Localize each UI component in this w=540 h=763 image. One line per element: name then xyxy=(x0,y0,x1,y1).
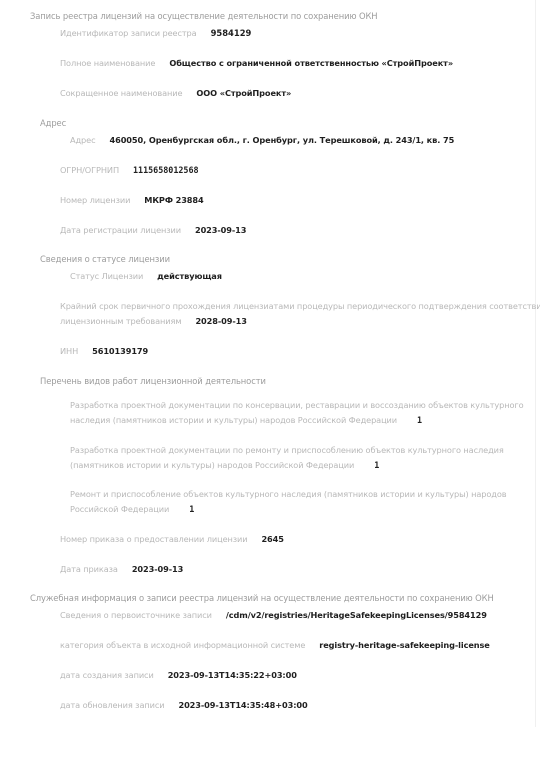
field-label: Дата регистрации лицензии xyxy=(60,223,181,238)
section-title-status: Сведения о статусе лицензии xyxy=(40,252,170,267)
field-value: registry-heritage-safekeeping-license xyxy=(319,638,489,653)
field-label: Полное наименование xyxy=(60,56,155,71)
section-title-works: Перечень видов работ лицензионной деятел… xyxy=(40,374,266,389)
field-label: Адрес xyxy=(70,133,96,148)
field-label: ОГРН/ОГРНИП xyxy=(60,163,119,178)
work-item-label: наследия (памятников истории и культуры)… xyxy=(70,413,397,428)
field-value: МКРФ 23884 xyxy=(144,193,203,208)
field-value: 5610139179 xyxy=(92,344,148,359)
field-value: 2023-09-13 xyxy=(132,562,183,577)
field-order-number: Номер приказа о предоставлении лицензии … xyxy=(60,532,284,547)
field-value: 2028-09-13 xyxy=(195,314,246,329)
field-deadline: лицензионным требованиям 2028-09-13 xyxy=(60,314,247,329)
field-updated: дата обновления записи 2023-09-13T14:35:… xyxy=(60,698,308,713)
work-item-label: Российской Федерации xyxy=(70,502,169,517)
field-license-status: Статус Лицензии действующая xyxy=(70,269,222,284)
field-value: ООО «СтройПроект» xyxy=(196,86,291,101)
field-created: дата создания записи 2023-09-13T14:35:22… xyxy=(60,668,297,683)
work-item-line: Ремонт и приспособление объектов культур… xyxy=(70,487,506,502)
field-value: 1115658012568 xyxy=(133,163,199,178)
field-label: Номер приказа о предоставлении лицензии xyxy=(60,532,247,547)
field-value: 2023-09-13 xyxy=(195,223,246,238)
field-label: категория объекта в исходной информацион… xyxy=(60,638,305,653)
work-item-value: 1 xyxy=(189,502,194,517)
field-license-reg-date: Дата регистрации лицензии 2023-09-13 xyxy=(60,223,246,238)
field-label: ИНН xyxy=(60,344,78,359)
field-label: Идентификатор записи реестра xyxy=(60,26,197,41)
field-label: Сокращенное наименование xyxy=(60,86,182,101)
work-item-value: 1 xyxy=(417,413,422,428)
work-item-line: Разработка проектной документации по рем… xyxy=(70,443,504,458)
field-label: лицензионным требованиям xyxy=(60,314,181,329)
field-value: 2023-09-13T14:35:22+03:00 xyxy=(168,668,297,683)
work-item-label: (памятников истории и культуры) народов … xyxy=(70,458,354,473)
field-license-number: Номер лицензии МКРФ 23884 xyxy=(60,193,204,208)
field-category: категория объекта в исходной информацион… xyxy=(60,638,490,653)
field-label: Сведения о первоисточнике записи xyxy=(60,608,212,623)
field-label: дата создания записи xyxy=(60,668,154,683)
work-item-line: Разработка проектной документации по кон… xyxy=(70,398,524,413)
field-order-date: Дата приказа 2023-09-13 xyxy=(60,562,183,577)
field-label: Номер лицензии xyxy=(60,193,130,208)
field-ogrn: ОГРН/ОГРНИП 1115658012568 xyxy=(60,163,199,178)
field-address: Адрес 460050, Оренбургская обл., г. Орен… xyxy=(70,133,454,148)
field-value: 460050, Оренбургская обл., г. Оренбург, … xyxy=(110,133,455,148)
field-inn: ИНН 5610139179 xyxy=(60,344,148,359)
field-registry-id: Идентификатор записи реестра 9584129 xyxy=(60,26,251,41)
work-item: наследия (памятников истории и культуры)… xyxy=(70,413,422,428)
work-item: Российской Федерации 1 xyxy=(70,502,194,517)
field-value: 2645 xyxy=(261,532,283,547)
section-title-record: Запись реестра лицензий на осуществление… xyxy=(30,9,378,24)
field-short-name: Сокращенное наименование ООО «СтройПроек… xyxy=(60,86,291,101)
field-full-name: Полное наименование Общество с ограничен… xyxy=(60,56,453,71)
section-title-address: Адрес xyxy=(40,116,66,131)
field-label: Дата приказа xyxy=(60,562,118,577)
field-source: Сведения о первоисточнике записи /cdm/v2… xyxy=(60,608,487,623)
section-title-service: Служебная информация о записи реестра ли… xyxy=(30,591,494,606)
work-item: (памятников истории и культуры) народов … xyxy=(70,458,379,473)
work-item-value: 1 xyxy=(374,458,379,473)
status-badge: действующая xyxy=(157,269,222,284)
field-deadline-label: Крайний срок первичного прохождения лице… xyxy=(60,299,540,314)
field-label: Статус Лицензии xyxy=(70,269,143,284)
field-value: Общество с ограниченной ответственностью… xyxy=(169,56,453,71)
field-value: 2023-09-13T14:35:48+03:00 xyxy=(178,698,307,713)
field-label: дата обновления записи xyxy=(60,698,164,713)
field-value: /cdm/v2/registries/HeritageSafekeepingLi… xyxy=(226,608,487,623)
field-value: 9584129 xyxy=(211,26,252,41)
